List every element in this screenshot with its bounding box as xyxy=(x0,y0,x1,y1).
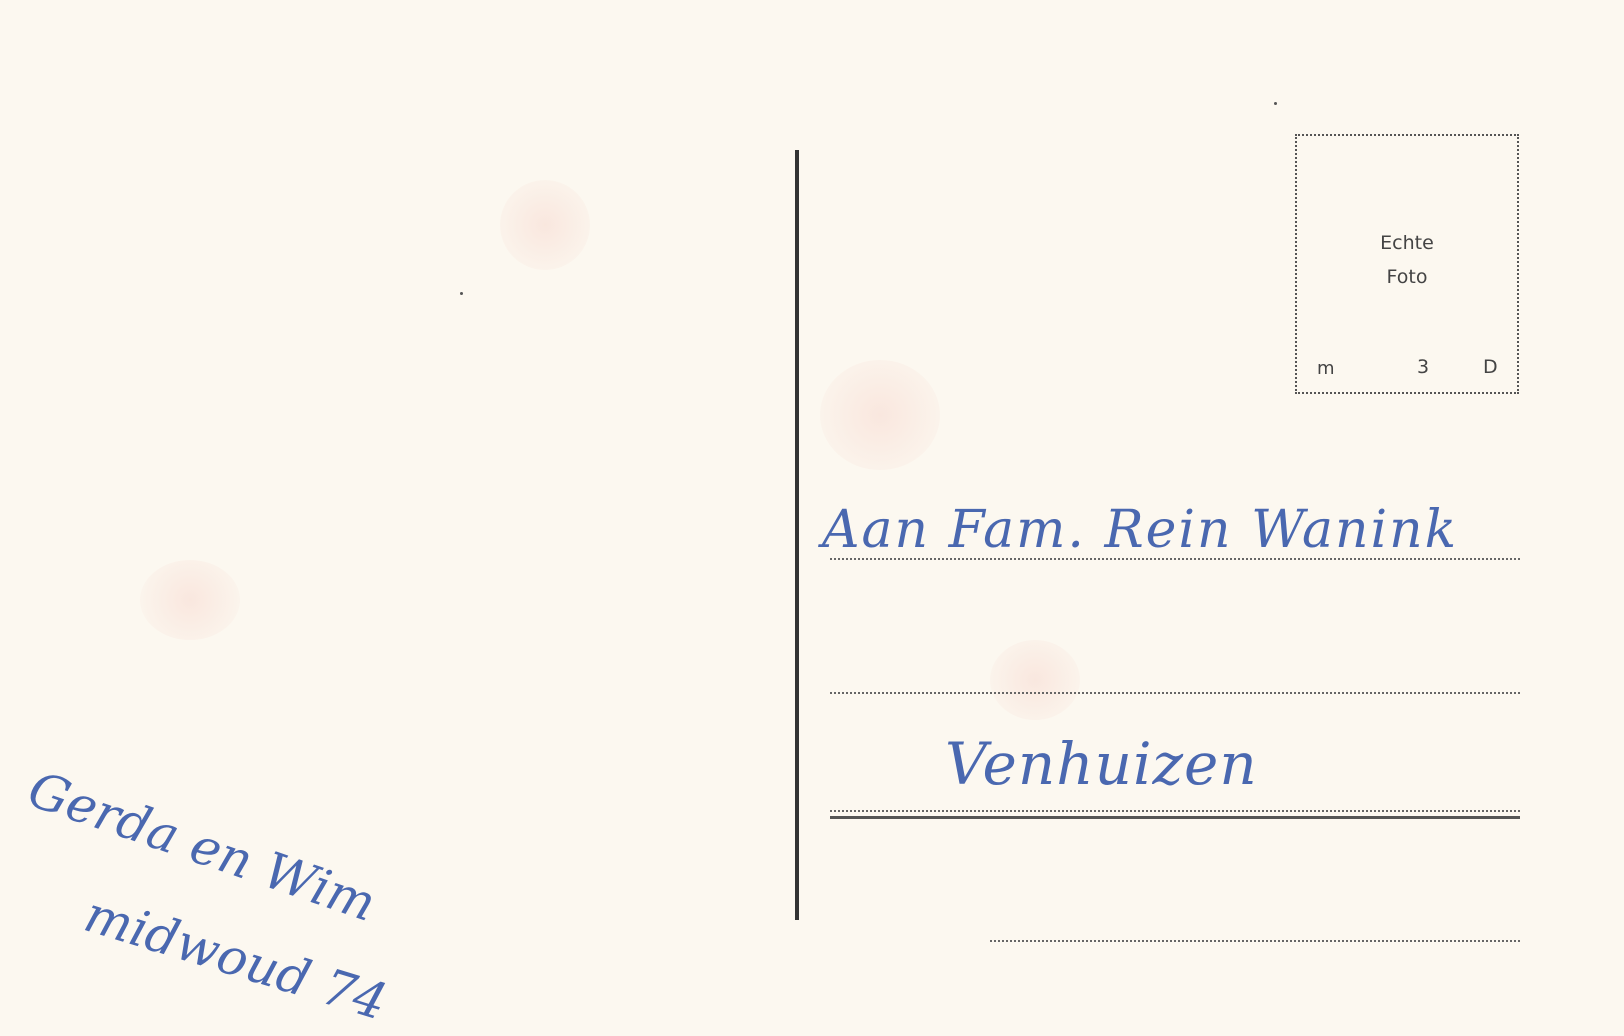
postcard-back: Echte Foto m 3 D Aan Fam. Rein Wanink Ve… xyxy=(0,0,1624,1036)
speck xyxy=(460,292,463,295)
address-underline-solid xyxy=(830,816,1520,819)
speck xyxy=(1274,102,1277,105)
handwritten-recipient: Aan Fam. Rein Wanink xyxy=(822,500,1458,560)
handwritten-town: Venhuizen xyxy=(945,730,1258,798)
paper-stain xyxy=(820,360,940,470)
stamp-text-echte: Echte xyxy=(1297,232,1517,254)
stamp-label-3: 3 xyxy=(1417,356,1429,378)
stamp-text-foto: Foto xyxy=(1297,266,1517,288)
paper-stain xyxy=(140,560,240,640)
address-line-4 xyxy=(990,940,1520,942)
address-line-3 xyxy=(830,810,1520,812)
stamp-label-d: D xyxy=(1483,356,1498,378)
paper-stain xyxy=(500,180,590,270)
handwritten-sender-names: Gerda en Wim xyxy=(21,760,383,933)
center-divider-line xyxy=(795,150,799,920)
paper-stain xyxy=(990,640,1080,720)
stamp-box: Echte Foto m 3 D xyxy=(1295,134,1519,394)
stamp-label-m: m xyxy=(1317,358,1335,379)
address-line-2 xyxy=(830,692,1520,694)
